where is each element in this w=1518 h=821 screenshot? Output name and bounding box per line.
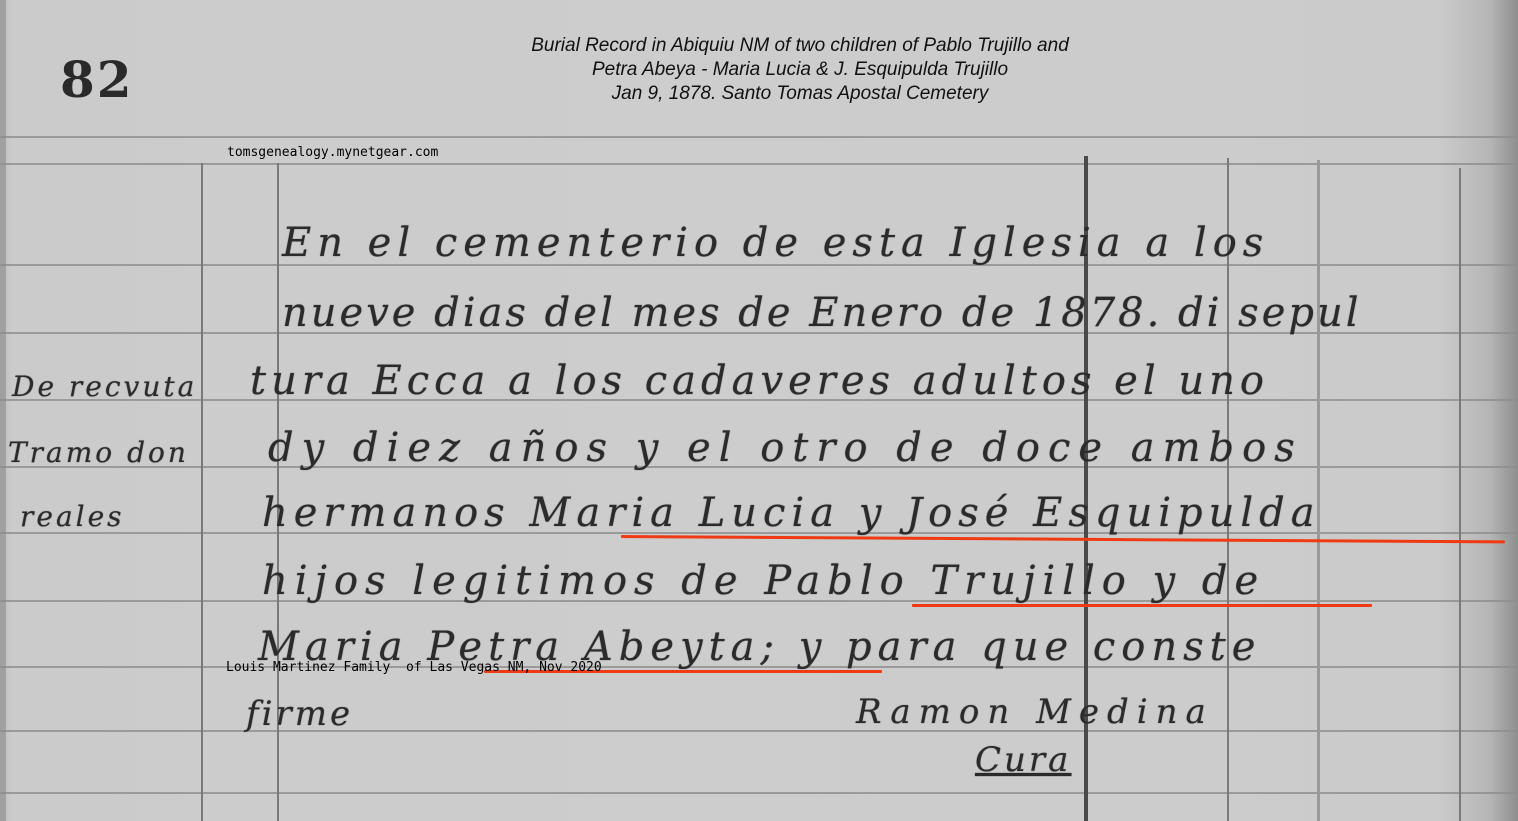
- signature-name: Ramon Medina: [856, 692, 1214, 732]
- handwritten-line: hermanos Maria Lucia y José Esquipulda: [262, 490, 1321, 536]
- name-underline-father: [912, 604, 1372, 607]
- handwritten-line: firme: [246, 694, 353, 734]
- ruled-line: [0, 730, 1518, 732]
- page-number: 82: [60, 50, 134, 109]
- column-rule: [1459, 168, 1461, 821]
- scanned-ledger-page: 82 Burial Record in Abiquiu NM of two ch…: [0, 0, 1518, 821]
- margin-note: Tramo don: [8, 436, 189, 469]
- credit-watermark: Louis Martinez Family of Las Vegas NM, N…: [226, 660, 602, 675]
- caption-line: Jan 9, 1878. Santo Tomas Apostal Cemeter…: [430, 82, 1170, 106]
- ruled-line: [0, 163, 1518, 165]
- handwritten-line: dy diez años y el otro de doce ambos: [268, 425, 1303, 471]
- handwritten-line: En el cementerio de esta Iglesia a los: [282, 220, 1269, 266]
- margin-note: De recvuta: [12, 370, 197, 403]
- caption-line: Burial Record in Abiquiu NM of two child…: [430, 34, 1170, 58]
- column-rule: [201, 163, 203, 821]
- handwritten-line: hijos legitimos de Pablo Trujillo y de: [262, 558, 1265, 604]
- handwritten-line: tura Ecca a los cadaveres adultos el uno: [250, 358, 1269, 404]
- margin-note: reales: [20, 500, 125, 533]
- site-watermark: tomsgenealogy.mynetgear.com: [227, 145, 438, 160]
- ruled-line: [0, 136, 1518, 138]
- signature-title: Cura: [975, 740, 1071, 780]
- record-caption: Burial Record in Abiquiu NM of two child…: [430, 34, 1170, 106]
- caption-line: Petra Abeya - Maria Lucia & J. Esquipuld…: [430, 58, 1170, 82]
- handwritten-line: nueve dias del mes de Enero de 1878. di …: [282, 290, 1362, 336]
- name-underline-children: [621, 535, 1505, 543]
- left-binding-edge: [0, 0, 6, 821]
- ruled-line: [0, 792, 1518, 794]
